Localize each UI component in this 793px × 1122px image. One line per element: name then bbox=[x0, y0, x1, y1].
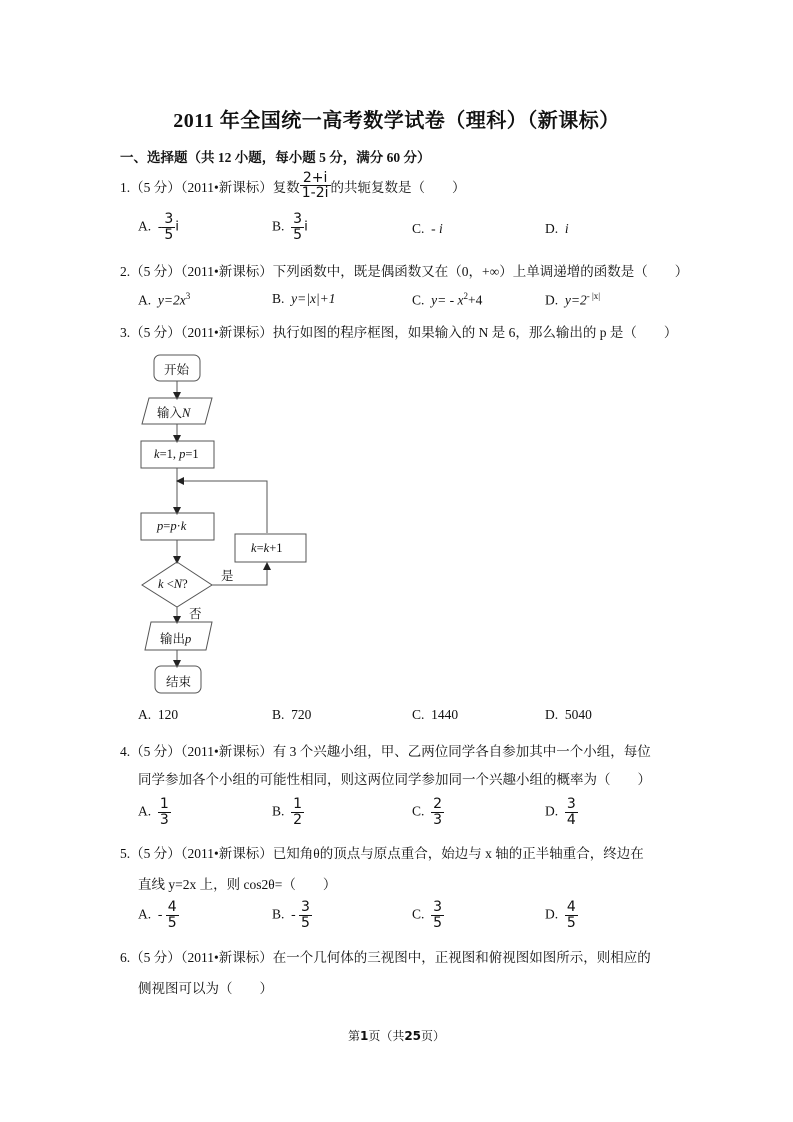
fraction: 12 bbox=[291, 797, 304, 827]
flowchart-process-label: p=p·k bbox=[157, 519, 186, 534]
option-4b[interactable]: B. 12 bbox=[272, 797, 304, 827]
fraction-denominator: 1-2i bbox=[300, 186, 331, 201]
option-label: B. bbox=[272, 803, 284, 818]
fraction-numerator: 3 bbox=[431, 900, 444, 916]
footer-prefix: 第 bbox=[348, 1029, 360, 1043]
flowchart-increment-label: k=k+1 bbox=[251, 541, 283, 556]
question-text: 复数 bbox=[273, 180, 300, 195]
question-number: 4. bbox=[120, 744, 130, 759]
fraction: 35 bbox=[299, 900, 312, 930]
fraction-numerator: 1 bbox=[291, 797, 304, 813]
fraction: 34 bbox=[565, 797, 578, 827]
option-1b[interactable]: B. 35i bbox=[272, 212, 308, 242]
option-label: A. bbox=[138, 293, 151, 308]
flowchart-end-label: 结束 bbox=[166, 672, 191, 690]
option-text: 1440 bbox=[431, 707, 458, 722]
question-5-line2: 直线 y=2x 上，则 cos2θ=（ ） bbox=[138, 873, 336, 893]
exponent: - |x| bbox=[587, 291, 600, 301]
option-2a[interactable]: A. y=2x3 bbox=[138, 291, 190, 309]
question-6: 6.（5 分）（2011•新课标）在一个几何体的三视图中，正视图和俯视图如图所示… bbox=[120, 946, 651, 966]
flowchart-input-label: 输入N bbox=[157, 403, 190, 421]
option-label: A. bbox=[138, 906, 151, 921]
option-4c[interactable]: C. 23 bbox=[412, 797, 444, 827]
question-text: 已知角θ的顶点与原点重合，始边与 x 轴的正半轴重合，终边在 bbox=[273, 846, 644, 861]
question-number: 1. bbox=[120, 180, 130, 195]
question-text: 下列函数中，既是偶函数又在（0，+∞）上单调递增的函数是（ ） bbox=[273, 264, 689, 279]
question-meta: （5 分）（2011•新课标） bbox=[130, 744, 273, 759]
page-total: 25 bbox=[404, 1029, 421, 1043]
option-formula: y=2x bbox=[158, 293, 186, 308]
question-meta: （5 分）（2011•新课标） bbox=[130, 325, 273, 340]
fraction-denominator: 5 bbox=[162, 228, 175, 243]
option-sign: - bbox=[158, 906, 163, 921]
fraction-denominator: 5 bbox=[299, 916, 312, 931]
page-footer: 第1页（共25页） bbox=[0, 1027, 793, 1044]
option-sign: - bbox=[291, 906, 296, 921]
fraction-numerator: 3 bbox=[565, 797, 578, 813]
option-label: D. bbox=[545, 803, 558, 818]
fraction-denominator: 3 bbox=[431, 813, 444, 828]
question-3: 3.（5 分）（2011•新课标）执行如图的程序框图，如果输入的 N 是 6，那… bbox=[120, 321, 677, 341]
flowchart-no-label: 否 bbox=[189, 604, 202, 622]
question-number: 6. bbox=[120, 950, 130, 965]
option-4d[interactable]: D. 34 bbox=[545, 797, 578, 827]
option-1d[interactable]: D. i bbox=[545, 221, 569, 237]
page-title: 2011 年全国统一高考数学试卷（理科）（新课标） bbox=[0, 104, 793, 133]
option-formula-tail: +4 bbox=[468, 293, 482, 308]
fraction: 45 bbox=[565, 900, 578, 930]
option-5b[interactable]: B. - 35 bbox=[272, 900, 312, 930]
option-label: D. bbox=[545, 707, 558, 722]
fraction-numerator: 3 bbox=[291, 212, 304, 228]
fraction: 23 bbox=[431, 797, 444, 827]
option-formula: y= - x bbox=[431, 293, 463, 308]
flowchart-output-label: 输出p bbox=[160, 629, 191, 647]
flowchart-init-label: k=1, p=1 bbox=[154, 447, 199, 462]
option-label: C. bbox=[412, 906, 424, 921]
flowchart-start-label: 开始 bbox=[164, 360, 189, 378]
option-label: C. bbox=[412, 707, 424, 722]
option-label: D. bbox=[545, 293, 558, 308]
option-2b[interactable]: B. y=|x|+1 bbox=[272, 291, 336, 307]
fraction-numerator: 4 bbox=[166, 900, 179, 916]
fraction-denominator: 2 bbox=[291, 813, 304, 828]
fraction-denominator: 3 bbox=[158, 813, 171, 828]
fraction: 2+i1-2i bbox=[300, 171, 331, 201]
section-heading: 一、选择题（共 12 小题，每小题 5 分，满分 60 分） bbox=[120, 146, 431, 166]
option-label: A. bbox=[138, 218, 151, 233]
fraction-denominator: 5 bbox=[166, 916, 179, 931]
question-6-line2: 侧视图可以为（ ） bbox=[138, 977, 273, 997]
option-label: B. bbox=[272, 707, 284, 722]
option-2d[interactable]: D. y=2- |x| bbox=[545, 291, 600, 309]
option-text: 120 bbox=[158, 707, 178, 722]
footer-suffix: 页） bbox=[421, 1029, 445, 1043]
option-5a[interactable]: A. - 45 bbox=[138, 900, 179, 930]
fraction-numerator: 1 bbox=[158, 797, 171, 813]
option-formula: y=2 bbox=[565, 293, 587, 308]
footer-middle: 页（共 bbox=[368, 1029, 404, 1043]
option-label: D. bbox=[545, 221, 558, 236]
question-text: 在一个几何体的三视图中，正视图和俯视图如图所示，则相应的 bbox=[273, 950, 651, 965]
option-4a[interactable]: A. 13 bbox=[138, 797, 171, 827]
option-suffix: i bbox=[175, 218, 179, 234]
fraction: 13 bbox=[158, 797, 171, 827]
fraction-denominator: 5 bbox=[565, 916, 578, 931]
option-3c[interactable]: C. 1440 bbox=[412, 707, 458, 723]
question-number: 5. bbox=[120, 846, 130, 861]
option-3b[interactable]: B. 720 bbox=[272, 707, 311, 723]
option-label: D. bbox=[545, 906, 558, 921]
option-2c[interactable]: C. y= - x2+4 bbox=[412, 291, 482, 309]
fraction: 45 bbox=[166, 900, 179, 930]
fraction: 35 bbox=[162, 212, 175, 242]
fraction-numerator: 2 bbox=[431, 797, 444, 813]
question-meta: （5 分）（2011•新课标） bbox=[130, 950, 273, 965]
question-text: 执行如图的程序框图，如果输入的 N 是 6，那么输出的 p 是（ ） bbox=[273, 325, 678, 340]
question-number: 2. bbox=[120, 264, 130, 279]
fraction-numerator: 3 bbox=[299, 900, 312, 916]
question-meta: （5 分）（2011•新课标） bbox=[130, 846, 273, 861]
question-4: 4.（5 分）（2011•新课标）有 3 个兴趣小组，甲、乙两位同学各自参加其中… bbox=[120, 740, 651, 760]
question-meta: （5 分）（2011•新课标） bbox=[130, 264, 273, 279]
option-label: B. bbox=[272, 906, 284, 921]
question-4-line2: 同学参加各个小组的可能性相同，则这两位同学参加同一个兴趣小组的概率为（ ） bbox=[138, 768, 651, 788]
fraction-denominator: 5 bbox=[431, 916, 444, 931]
question-number: 3. bbox=[120, 325, 130, 340]
option-formula: y=|x|+1 bbox=[291, 291, 335, 306]
option-text: 5040 bbox=[565, 707, 592, 722]
option-label: C. bbox=[412, 803, 424, 818]
option-text: 720 bbox=[291, 707, 311, 722]
fraction-denominator: 4 bbox=[565, 813, 578, 828]
option-label: C. bbox=[412, 221, 424, 236]
fraction: 35 bbox=[291, 212, 304, 242]
exponent: 3 bbox=[186, 291, 191, 301]
option-label: A. bbox=[138, 803, 151, 818]
question-2: 2.（5 分）（2011•新课标）下列函数中，既是偶函数又在（0，+∞）上单调递… bbox=[120, 260, 688, 280]
question-1: 1.（5 分）（2011•新课标）复数2+i1-2i的共轭复数是（ ） bbox=[120, 176, 466, 201]
option-label: A. bbox=[138, 707, 151, 722]
option-5c[interactable]: C. 35 bbox=[412, 900, 444, 930]
option-1a[interactable]: A. -35i bbox=[138, 212, 179, 242]
flowchart-condition-label: k <N? bbox=[158, 577, 188, 592]
question-text: 的共轭复数是（ ） bbox=[331, 180, 466, 195]
question-text: 有 3 个兴趣小组，甲、乙两位同学各自参加其中一个小组，每位 bbox=[273, 744, 651, 759]
question-meta: （5 分）（2011•新课标） bbox=[130, 180, 273, 195]
option-5d[interactable]: D. 45 bbox=[545, 900, 578, 930]
option-label: B. bbox=[272, 291, 284, 306]
option-suffix: i bbox=[304, 218, 308, 234]
option-text: i bbox=[565, 221, 569, 236]
option-label: B. bbox=[272, 218, 284, 233]
fraction-numerator: 4 bbox=[565, 900, 578, 916]
option-label: C. bbox=[412, 293, 424, 308]
option-3d[interactable]: D. 5040 bbox=[545, 707, 592, 723]
fraction-numerator: 3 bbox=[162, 212, 175, 228]
fraction: 35 bbox=[431, 900, 444, 930]
option-1c[interactable]: C. - i bbox=[412, 221, 443, 237]
option-text: - i bbox=[431, 221, 443, 236]
fraction-numerator: 2+i bbox=[300, 171, 331, 187]
question-5: 5.（5 分）（2011•新课标）已知角θ的顶点与原点重合，始边与 x 轴的正半… bbox=[120, 842, 644, 862]
fraction-denominator: 5 bbox=[291, 228, 304, 243]
flowchart-yes-label: 是 bbox=[221, 566, 234, 584]
option-3a[interactable]: A. 120 bbox=[138, 707, 178, 723]
